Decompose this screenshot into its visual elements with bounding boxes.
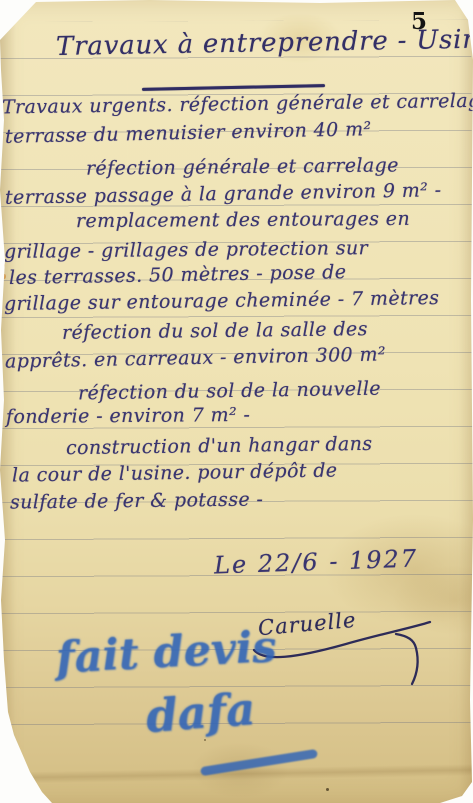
scanned-document: 5 Travaux à entreprendre - Usine - Trava…: [0, 0, 473, 803]
ink-speck: [326, 788, 329, 791]
ink-speck: [204, 739, 206, 741]
handwritten-line: construction d'un hangar dans: [66, 433, 373, 459]
handwritten-line: remplacement des entourages en: [76, 208, 410, 232]
handwritten-line: réfection générale et carrelage: [86, 154, 399, 179]
rust-stain: [3, 274, 6, 279]
handwritten-line: sulfate de fer & potasse -: [10, 488, 264, 513]
paper-sheet: 5 Travaux à entreprendre - Usine - Trava…: [0, 0, 473, 803]
handwritten-line: grillage - grillages de protection sur: [4, 237, 368, 263]
handwritten-line: réfection du sol de la salle des: [62, 318, 368, 344]
crayon-annotation-line2: dafa: [144, 682, 257, 742]
rust-stain: [1, 262, 5, 268]
handwritten-line: fonderie - environ 7 m² -: [6, 404, 251, 428]
